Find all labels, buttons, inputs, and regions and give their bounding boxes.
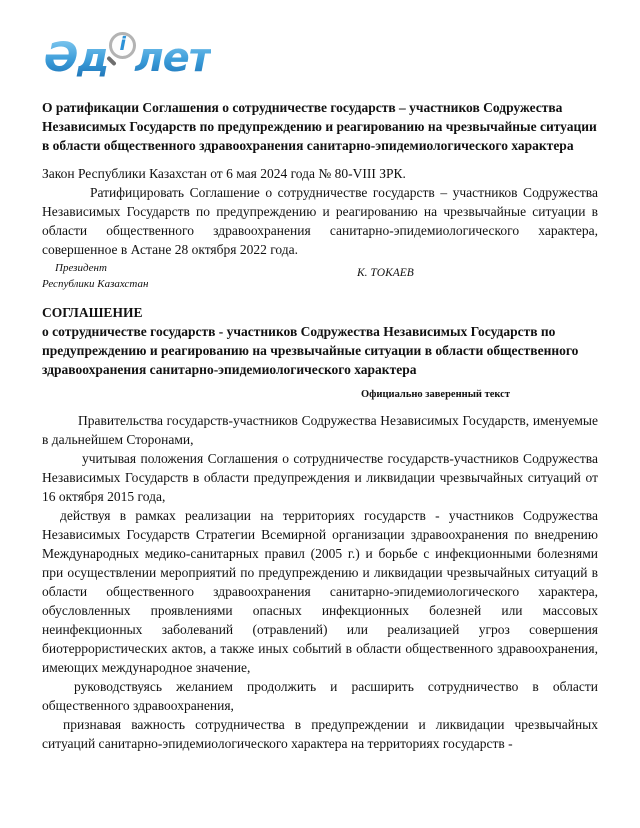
- agreement-paragraph-4: руководствуясь желанием продолжить и рас…: [42, 677, 598, 715]
- adilet-logo: Әд і лет: [44, 34, 598, 88]
- law-meta-line: Закон Республики Казахстан от 6 мая 2024…: [42, 164, 598, 183]
- law-title: О ратификации Соглашения о сотрудничеств…: [42, 98, 598, 155]
- signature-block: Президент Республики Казахстан К. ТОКАЕВ: [42, 260, 598, 292]
- certified-text-label: Официально заверенный текст: [42, 388, 598, 402]
- logo-text-after: лет: [134, 34, 211, 82]
- document-page: Әд і лет О ратификации Соглашения о сотр…: [0, 0, 640, 828]
- signatory-position-line1: Президент: [42, 260, 242, 276]
- agreement-paragraph-1: Правительства государств-участников Содр…: [42, 411, 598, 449]
- agreement-subheading: о сотрудничестве государств - участников…: [42, 322, 598, 379]
- signatory-name: К. ТОКАЕВ: [357, 265, 414, 292]
- signatory-position-line2: Республики Казахстан: [42, 276, 242, 292]
- agreement-paragraph-3: действуя в рамках реализации на территор…: [42, 506, 598, 677]
- signatory-position: Президент Республики Казахстан: [42, 260, 242, 292]
- agreement-heading: СОГЛАШЕНИЕ: [42, 303, 598, 322]
- magnifier-icon: і: [109, 32, 136, 59]
- law-body-paragraph: Ратифицировать Соглашение о сотрудничест…: [42, 183, 598, 259]
- logo-text-before: Әд: [44, 34, 108, 82]
- agreement-paragraph-2: учитывая положения Соглашения о сотрудни…: [42, 449, 598, 506]
- agreement-paragraph-5: признавая важность сотрудничества в пред…: [42, 715, 598, 753]
- logo-lens-letter: і: [120, 35, 127, 54]
